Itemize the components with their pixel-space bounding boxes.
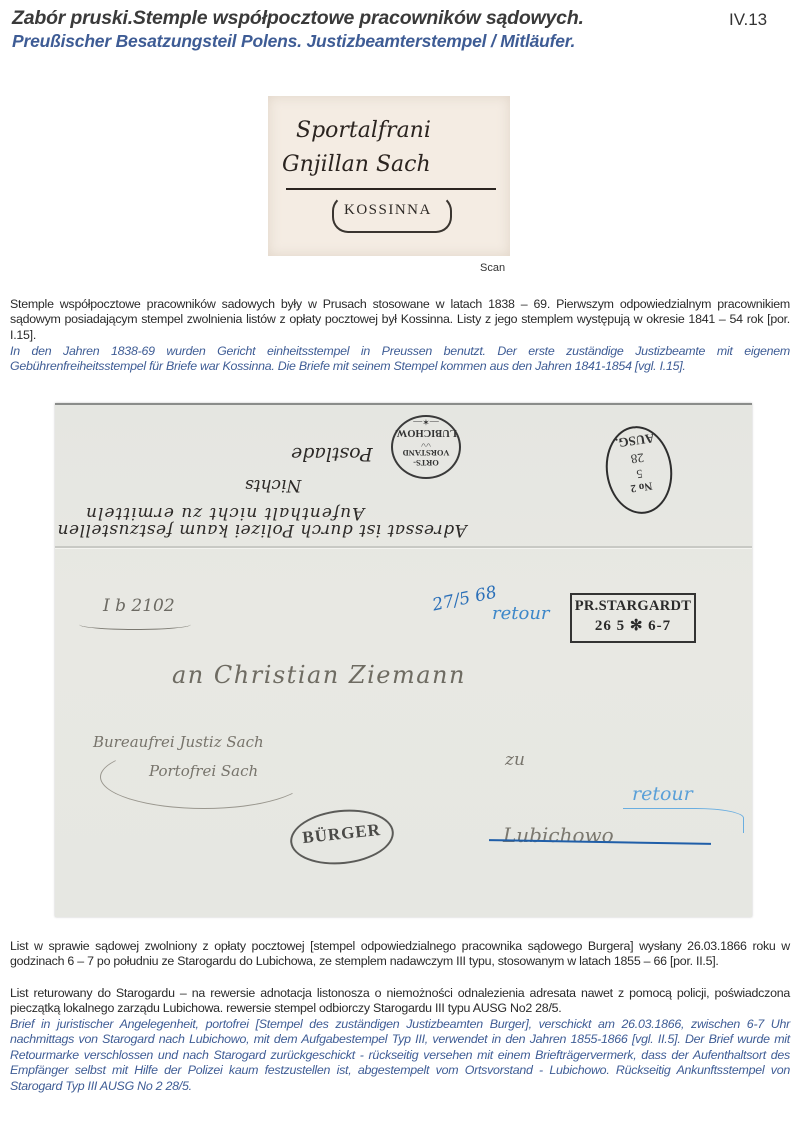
destination-blue-correction: retour [632,783,693,805]
flap-handwriting-1: Postlade [291,443,373,465]
pr-stargardt-postmark: PR.STARGARDT 26 5 ✻ 6-7 [570,593,696,643]
envelope-cover: Postlade Nichts Aufenthalt nicht zu ermi… [55,403,752,917]
blue-date-note: 27/5 68 [431,582,499,615]
ausg-arrival-stamp: AUSG. 28 5 No 2 [600,422,678,518]
destination-prefix: zu [505,750,525,770]
page-number: IV.13 [729,10,767,30]
addressee-name: an Christian Ziemann [172,661,466,689]
description-polish-2: List returowany do Starogardu – na rewer… [10,986,790,1017]
description-polish-1: List w sprawie sądowej zwolniony z opłat… [10,939,790,970]
flap-handwriting-2: Nichts [245,475,301,495]
blue-retour-note: retour [492,603,550,624]
reference-number: I b 2102 [103,596,175,616]
blue-correction-line [623,808,744,833]
orts-vorstand-lubichow-stamp: ORTS-VORSTAND 〰 LUBICHOW. —✶— [391,415,461,479]
page-title-polish: Zabór pruski.Stemple współpocztowe praco… [12,7,584,30]
destination-crossed-out: Lubichowo [503,823,614,847]
scan-underline [286,188,496,190]
intro-polish: Stemple współpocztowe pracowników sadowy… [10,297,790,343]
kossinna-stamp-text: KOSSINNA [344,202,432,219]
description-german: Brief in juristischer Angelegenheit, por… [10,1017,790,1094]
page-title-german: Preußischer Besatzungsteil Polens. Justi… [12,31,575,52]
flap-handwriting-4: Adressat ist durch Polizei kaum festzust… [57,520,467,540]
scan-handwriting-line-2: Gnjillan Sach [282,152,431,177]
kossinna-scan-image: Sportalfrani Gnjillan Sach KOSSINNA [268,96,510,256]
scan-handwriting-line-1: Sportalfrani [296,118,431,143]
scan-caption: Scan [480,262,505,274]
burger-official-stamp: BÜRGER [287,805,396,870]
sender-note-ellipse [100,745,308,809]
reference-underline [79,619,191,630]
intro-german: In den Jahren 1838-69 wurden Gericht ein… [10,344,790,375]
